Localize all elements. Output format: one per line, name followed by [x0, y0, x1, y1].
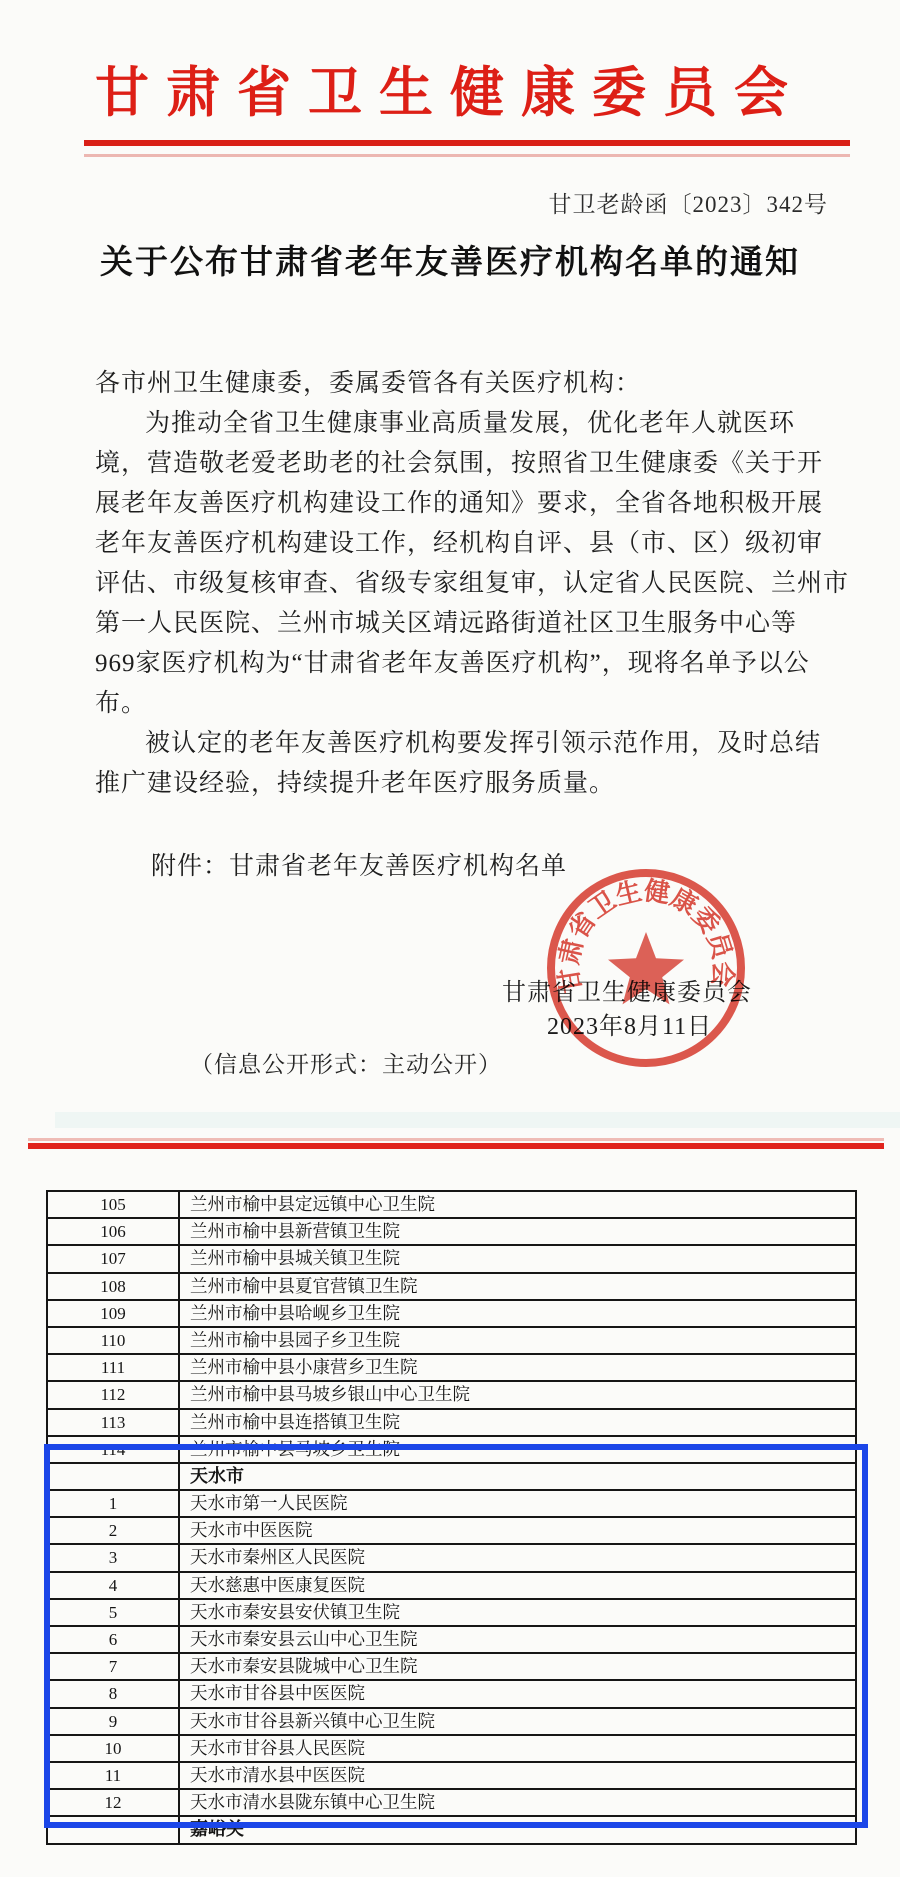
institution-name-cell: 兰州市榆中县连搭镇卫生院 — [180, 1410, 855, 1435]
row-number-cell: 112 — [48, 1382, 180, 1407]
body-text-line: 老年友善医疗机构建设工作，经机构自评、县（市、区）级初审 — [95, 524, 861, 564]
table-row: 107 兰州市榆中县城关镇卫生院 — [48, 1246, 855, 1273]
institution-name-cell: 兰州市榆中县哈岘乡卫生院 — [180, 1301, 855, 1326]
seal-star-icon — [608, 932, 684, 1004]
table-row: 108 兰州市榆中县夏官营镇卫生院 — [48, 1274, 855, 1301]
notice-body: 各市州卫生健康委，委属委管各有关医疗机构： 为推动全省卫生健康事业高质量发展，优… — [95, 364, 861, 804]
scan-tint-band — [55, 1112, 900, 1128]
letterhead-org-name: 甘肃省卫生健康委员会 — [0, 50, 900, 127]
letterhead-red-rule-shadow — [84, 154, 850, 157]
institution-name-cell: 兰州市榆中县小康营乡卫生院 — [180, 1355, 855, 1380]
institution-name-cell: 兰州市榆中县定远镇中心卫生院 — [180, 1192, 855, 1217]
body-text-line: 推广建设经验，持续提升老年医疗服务质量。 — [95, 764, 861, 804]
body-text-line: 第一人民医院、兰州市城关区靖远路街道社区卫生服务中心等 — [95, 604, 861, 644]
row-number-cell: 111 — [48, 1355, 180, 1380]
document-number: 甘卫老龄函〔2023〕342号 — [549, 186, 829, 219]
body-text-line: 969家医疗机构为“甘肃省老年友善医疗机构”，现将名单予以公 — [95, 644, 861, 684]
separator-rule — [28, 1143, 884, 1149]
separator-rule-shadow — [28, 1138, 884, 1141]
table-row: 109 兰州市榆中县哈岘乡卫生院 — [48, 1301, 855, 1328]
table-row: 112 兰州市榆中县马坡乡银山中心卫生院 — [48, 1382, 855, 1409]
table-row: 111 兰州市榆中县小康营乡卫生院 — [48, 1355, 855, 1382]
institution-name-cell: 兰州市榆中县城关镇卫生院 — [180, 1246, 855, 1271]
table-row: 113 兰州市榆中县连搭镇卫生院 — [48, 1410, 855, 1437]
body-text-line: 境，营造敬老爱老助老的社会氛围，按照省卫生健康委《关于开 — [95, 444, 861, 484]
row-number-cell: 105 — [48, 1192, 180, 1217]
institution-name-cell: 兰州市榆中县马坡乡银山中心卫生院 — [180, 1382, 855, 1407]
notice-title: 关于公布甘肃省老年友善医疗机构名单的通知 — [0, 236, 900, 283]
body-text-line: 为推动全省卫生健康事业高质量发展，优化老年人就医环 — [95, 404, 861, 444]
row-number-cell: 110 — [48, 1328, 180, 1353]
row-number-cell: 107 — [48, 1246, 180, 1271]
body-text-line: 展老年友善医疗机构建设工作的通知》要求，全省各地积极开展 — [95, 484, 861, 524]
body-text-line: 被认定的老年友善医疗机构要发挥引领示范作用，及时总结 — [95, 724, 861, 764]
row-number-cell: 113 — [48, 1410, 180, 1435]
attachment-line: 附件：甘肃省老年友善医疗机构名单 — [151, 846, 567, 882]
letterhead-red-rule — [84, 140, 850, 146]
row-number-cell: 109 — [48, 1301, 180, 1326]
table-row: 105 兰州市榆中县定远镇中心卫生院 — [48, 1192, 855, 1219]
institution-name-cell: 兰州市榆中县夏官营镇卫生院 — [180, 1274, 855, 1299]
body-text-line: 布。 — [95, 684, 861, 724]
institution-name-cell: 兰州市榆中县园子乡卫生院 — [180, 1328, 855, 1353]
row-number-cell: 108 — [48, 1274, 180, 1299]
row-number-cell: 106 — [48, 1219, 180, 1244]
institution-name-cell: 兰州市榆中县新营镇卫生院 — [180, 1219, 855, 1244]
disclosure-line: （信息公开形式：主动公开） — [190, 1046, 502, 1079]
body-text-line: 评估、市级复核审查、省级专家组复审，认定省人民医院、兰州市 — [95, 564, 861, 604]
scanned-notice-document: 甘肃省卫生健康委员会 甘卫老龄函〔2023〕342号 关于公布甘肃省老年友善医疗… — [0, 0, 900, 1877]
official-seal-icon: 甘肃省卫生健康委员会 — [544, 866, 748, 1070]
body-text-line: 各市州卫生健康委，委属委管各有关医疗机构： — [95, 364, 861, 404]
highlight-rectangle — [44, 1444, 868, 1828]
table-row: 106 兰州市榆中县新营镇卫生院 — [48, 1219, 855, 1246]
table-row: 110 兰州市榆中县园子乡卫生院 — [48, 1328, 855, 1355]
